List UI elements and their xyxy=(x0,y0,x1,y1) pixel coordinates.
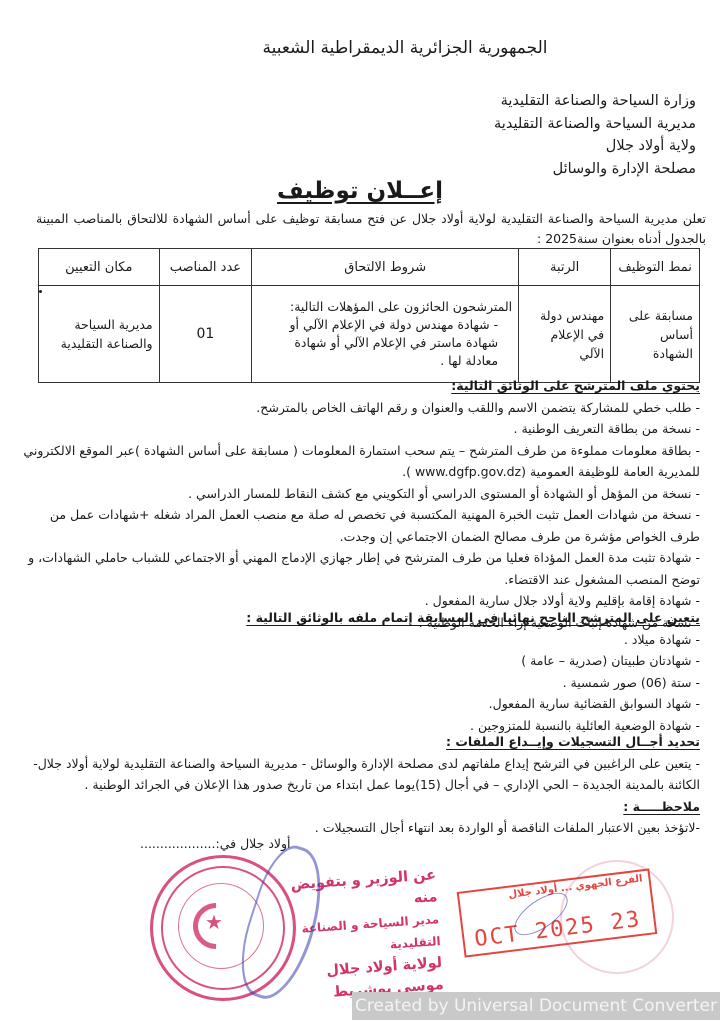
document-item: - بطاقة معلومات مملوءة من طرف المترشح – … xyxy=(20,440,700,483)
page-title: إعــلان توظيف xyxy=(260,178,460,204)
note-text: -لاتؤخذ بعين الاعتبار الملفات الناقصة أو… xyxy=(20,817,700,839)
required-documents-section: يحتوي ملف المترشح على الوثائق التالية: -… xyxy=(20,375,700,633)
header-rank: الرتبة xyxy=(519,249,611,286)
final-document-item: - ستة (06) صور شمسية . xyxy=(20,672,700,694)
wilaya-name: ولاية أولاد جلال xyxy=(456,135,696,158)
cell-count: 01 xyxy=(159,286,252,383)
place-date-line: أولاد جلال في:................... xyxy=(140,836,291,851)
deadline-text: - يتعين على الراغبين في الترشح إيداع ملف… xyxy=(20,753,700,796)
final-document-item: - شهادة ميلاد . xyxy=(20,629,700,651)
star-icon: ★ xyxy=(205,910,223,934)
final-documents-section: يتعين على المترشح الناجح نهائيا في المسا… xyxy=(20,607,700,736)
document-item: - نسخة من شهادات العمل تثبت الخبرة المهن… xyxy=(20,504,700,547)
issuer-block: وزارة السياحة والصناعة التقليدية مديرية … xyxy=(456,90,696,180)
conditions-item: - شهادة مهندس دولة في الإعلام الآلي أو ش… xyxy=(258,316,512,370)
document-item: - نسخة من المؤهل أو الشهادة أو المستوى ا… xyxy=(20,483,700,505)
date-stamp-header: الفرع الجهوي ... أولاد جلال xyxy=(508,873,643,900)
conditions-intro: المترشحون الحائزون على المؤهلات التالية: xyxy=(258,298,512,316)
intro-paragraph: تعلن مديرية السياحة والصناعة التقليدية ل… xyxy=(36,209,706,249)
deadline-section: تحديد أجــال التسجيلات وإيــداع الملفات … xyxy=(20,731,700,839)
cell-rank: مهندس دولة في الإعلام الآلي xyxy=(519,286,611,383)
required-documents-title: يحتوي ملف المترشح على الوثائق التالية: xyxy=(20,375,700,397)
final-document-item: - شهادتان طبيتان (صدرية – عامة ) xyxy=(20,650,700,672)
document-page: الجمهورية الجزائرية الديمقراطية الشعبية … xyxy=(0,0,724,1024)
document-item: - طلب خطي للمشاركة يتضمن الاسم واللقب وا… xyxy=(20,397,700,419)
document-item: - نسخة من بطاقة التعريف الوطنية . xyxy=(20,418,700,440)
table-row: مسابقة على أساس الشهادة مهندس دولة في ال… xyxy=(39,286,700,383)
service-name: مصلحة الإدارة والوسائل xyxy=(456,158,696,181)
document-item: - شهادة تثبت مدة العمل المؤداة فعليا من … xyxy=(20,547,700,590)
cell-place: مديرية السياحة والصناعة التقليدية xyxy=(39,286,160,383)
header-conditions: شروط الالتحاق xyxy=(252,249,519,286)
cell-mode: مسابقة على أساس الشهادة xyxy=(611,286,700,383)
table-header-row: نمط التوظيف الرتبة شروط الالتحاق عدد الم… xyxy=(39,249,700,286)
positions-table: نمط التوظيف الرتبة شروط الالتحاق عدد الم… xyxy=(38,248,700,383)
final-document-item: - شهاد السوابق القضائية سارية المفعول. xyxy=(20,693,700,715)
header-assignment-place: مكان التعيين xyxy=(39,249,160,286)
republic-header: الجمهورية الجزائرية الديمقراطية الشعبية xyxy=(220,38,590,58)
ministry-name: وزارة السياحة والصناعة التقليدية xyxy=(456,90,696,113)
deadline-title: تحديد أجــال التسجيلات وإيــداع الملفات … xyxy=(20,731,700,753)
cell-conditions: المترشحون الحائزون على المؤهلات التالية:… xyxy=(252,286,519,383)
note-title: ملاحظـــــة : xyxy=(20,796,700,818)
header-positions-count: عدد المناصب xyxy=(159,249,252,286)
directorate-name: مديرية السياحة والصناعة التقليدية xyxy=(456,113,696,136)
converter-watermark: Created by Universal Document Converter xyxy=(352,992,720,1020)
header-recruitment-mode: نمط التوظيف xyxy=(611,249,700,286)
final-documents-title: يتعين على المترشح الناجح نهائيا في المسا… xyxy=(20,607,700,629)
